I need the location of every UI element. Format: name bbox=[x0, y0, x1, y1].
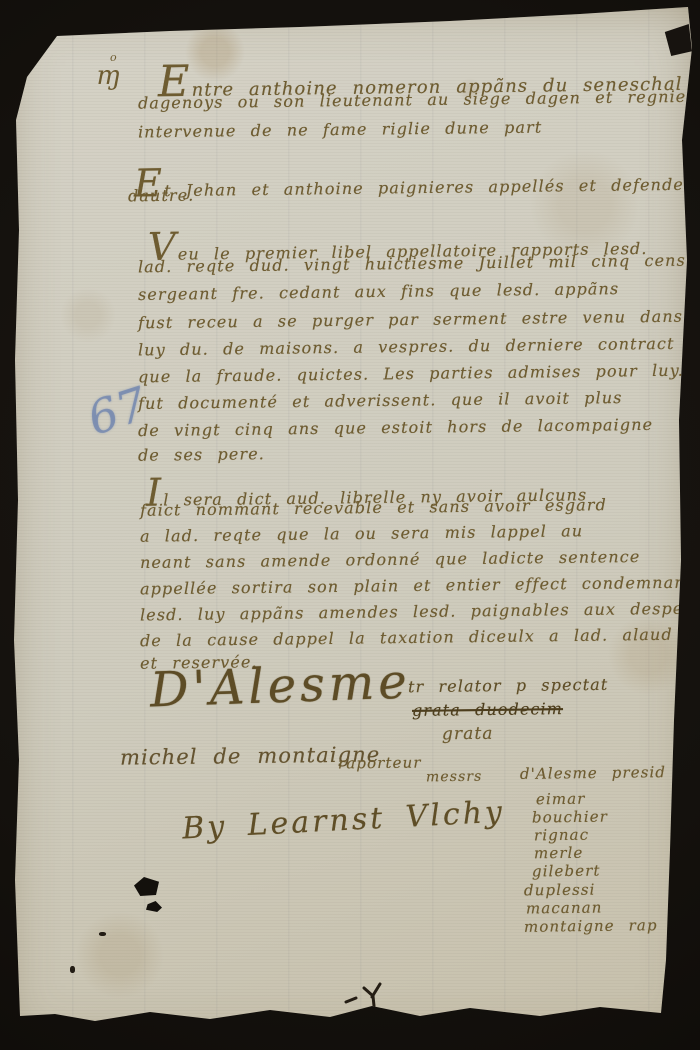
manuscript-line: dagenoys ou son lieutenant au siege dage… bbox=[138, 88, 700, 111]
councillor-name: d'Alesme presid bbox=[520, 765, 666, 782]
manuscript-line: de vingt cinq ans que estoit hors de lac… bbox=[138, 417, 653, 439]
signature-montaigne-title: raporteur bbox=[338, 755, 422, 771]
councillor-name: macanan bbox=[526, 901, 603, 917]
manuscript-line: luy du. de maisons. a vespres. du dernie… bbox=[138, 336, 700, 359]
manuscript-line: lesd. luy appãns amendes lesd. paignable… bbox=[140, 601, 700, 624]
registry-paraph: By Learnst Vlchy bbox=[181, 798, 505, 845]
relator-note-line1: tr relator p spectat bbox=[408, 677, 609, 695]
manuscript-line: dautre. bbox=[128, 188, 195, 205]
ink-speck bbox=[99, 932, 106, 936]
relator-note-grata: grata bbox=[442, 726, 494, 744]
manuscript-line: fust receu a se purger par serment estre… bbox=[138, 309, 683, 332]
folio-mark-glyph: ɱ bbox=[96, 63, 121, 89]
councillor-name: eimar bbox=[536, 792, 586, 808]
councillor-name: bouchier bbox=[532, 810, 608, 826]
councillor-name: rignac bbox=[534, 828, 589, 844]
councillor-name: duplessi bbox=[524, 883, 596, 899]
councillor-name: montaigne rap bbox=[524, 918, 658, 935]
manuscript-page: o ɱ 67 Entre anthoine nomeron appãns du … bbox=[0, 0, 700, 1050]
ink-cross-mark-icon bbox=[340, 982, 396, 1016]
manuscript-line: faict nommant recevable et sans avoir es… bbox=[140, 497, 607, 519]
manuscript-line: sergeant fre. cedant aux fins que lesd. … bbox=[138, 281, 619, 303]
manuscript-line: appellée sortira son plain et entier eff… bbox=[140, 575, 693, 598]
signature-dalesme: D'Alesme bbox=[149, 657, 411, 714]
relator-note-struck: grata duodecim bbox=[412, 701, 563, 719]
folio-mark: o ɱ bbox=[96, 52, 121, 89]
manuscript-line: lad. reqte dud. vingt huictiesme Juillet… bbox=[138, 253, 686, 276]
councillor-name: gilebert bbox=[532, 864, 601, 880]
manuscript-line: de ses pere. bbox=[138, 446, 265, 464]
councillor-name: merle bbox=[534, 846, 584, 862]
manuscript-line: Et Jehan et anthoine paignieres appellés… bbox=[134, 158, 700, 203]
manuscript-line: neant sans amende ordonné que ladicte se… bbox=[140, 549, 641, 571]
manuscript-line: intervenue de ne fame riglie dune part bbox=[138, 120, 543, 141]
manuscript-line: que la fraude. quictes. Les parties admi… bbox=[138, 363, 684, 386]
ink-speck bbox=[70, 966, 75, 973]
photo-background: o ɱ 67 Entre anthoine nomeron appãns du … bbox=[0, 0, 700, 1050]
messrs-label: messrs bbox=[426, 770, 483, 785]
manuscript-line: a lad. reqte que la ou sera mis lappel a… bbox=[140, 523, 583, 544]
manuscript-line: de la cause dappel la taxation diceulx a… bbox=[140, 627, 673, 650]
manuscript-line: fut documenté et adverissent. que il avo… bbox=[138, 390, 623, 412]
